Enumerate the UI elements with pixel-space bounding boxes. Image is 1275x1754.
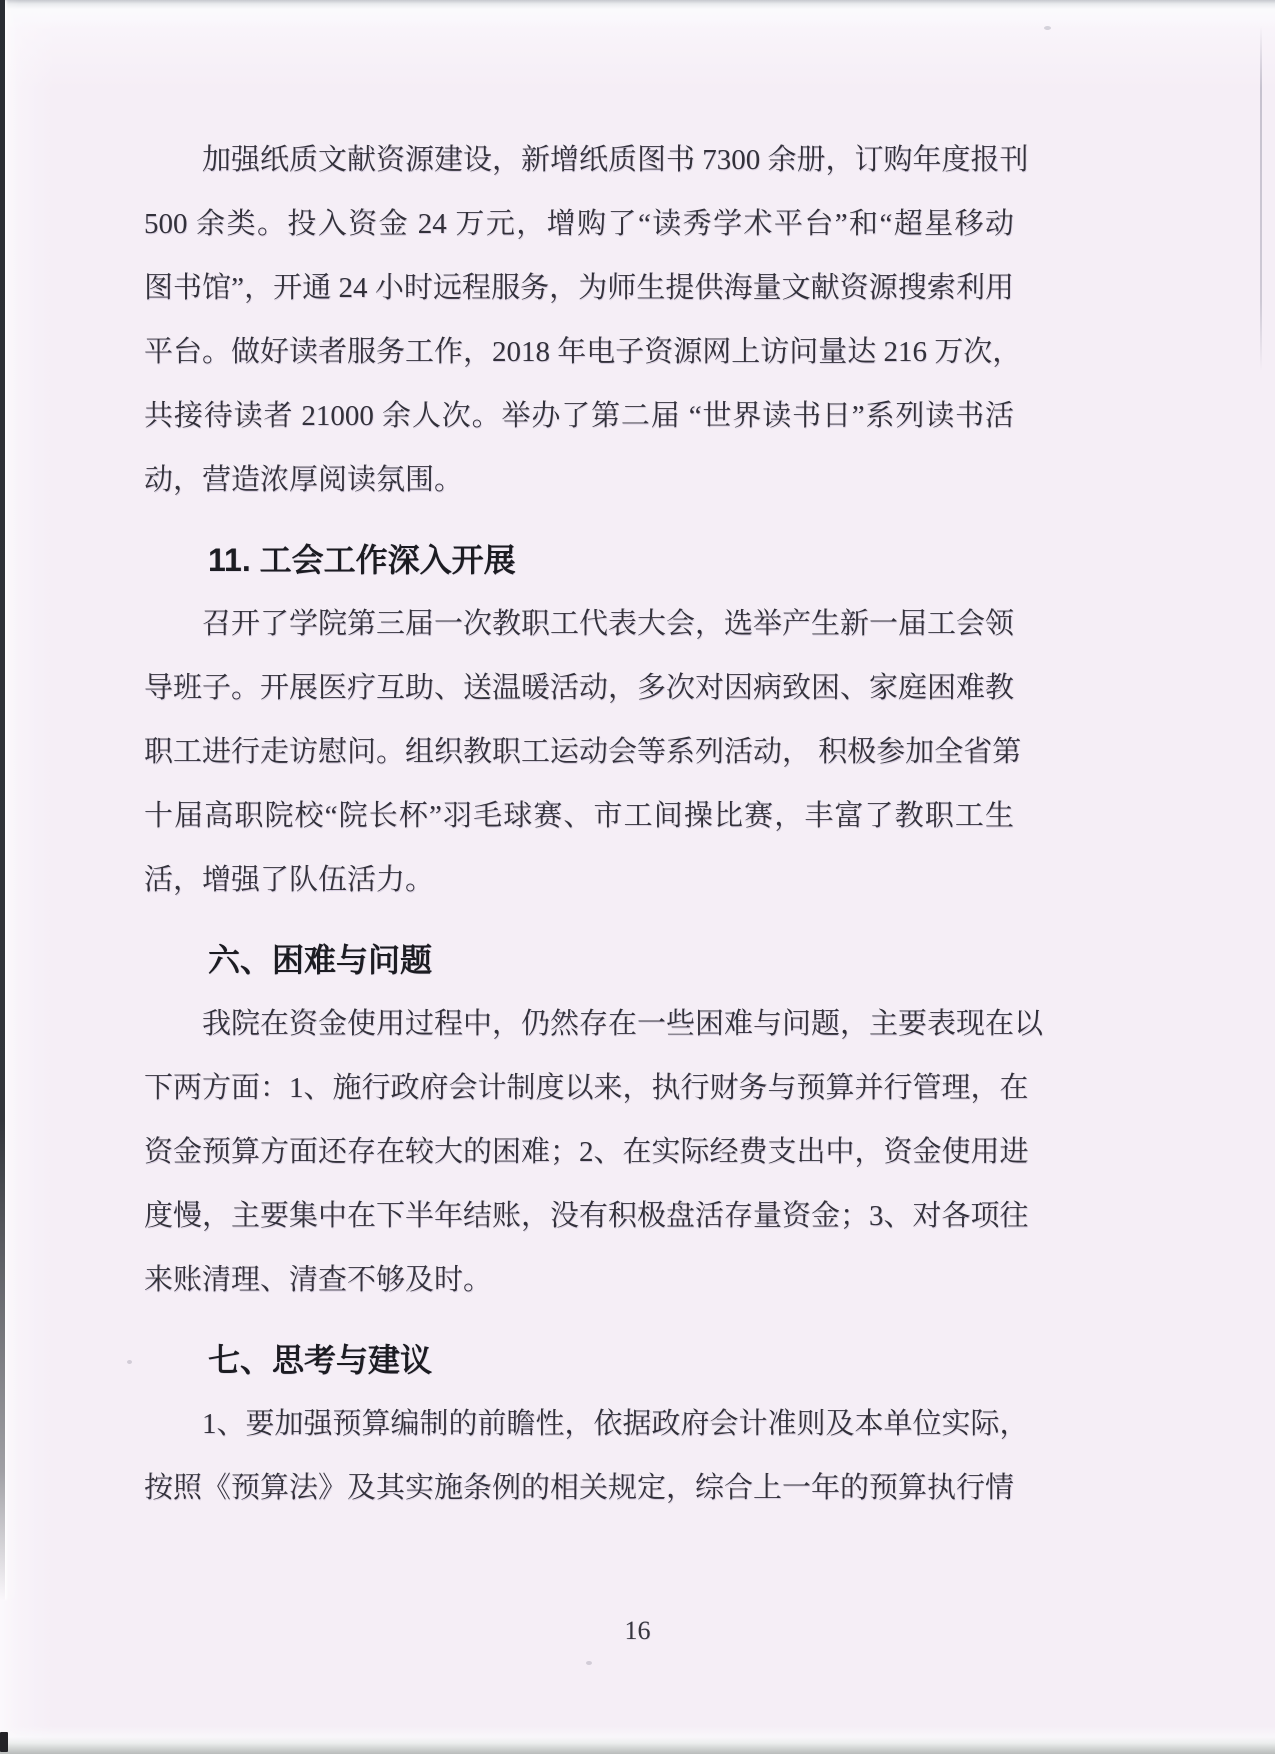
scanned-page: 加强纸质文献资源建设，新增纸质图书 7300 余册，订购年度报刊500 余类。投… xyxy=(0,0,1275,1754)
scan-speck xyxy=(586,1661,592,1665)
paragraph: 1、要加强预算编制的前瞻性，依据政府会计准则及本单位实际，按照《预算法》及其实施… xyxy=(144,1392,1014,1520)
text-line: 导班子。开展医疗互助、送温暖活动，多次对因病致困、家庭困难教 xyxy=(144,656,1014,720)
text-line: 资金预算方面还存在较大的困难；2、在实际经费支出中，资金使用进 xyxy=(144,1120,1014,1184)
text-line: 度慢，主要集中在下半年结账，没有积极盘活存量资金；3、对各项往 xyxy=(144,1184,1014,1248)
text-line: 共接待读者 21000 余人次。举办了第二届 “世界读书日”系列读书活 xyxy=(144,384,1014,448)
text-line: 职工进行走访慰问。组织教职工运动会等系列活动， 积极参加全省第 xyxy=(144,720,1014,784)
paragraph: 加强纸质文献资源建设，新增纸质图书 7300 余册，订购年度报刊500 余类。投… xyxy=(144,128,1014,512)
text-line: 1、要加强预算编制的前瞻性，依据政府会计准则及本单位实际， xyxy=(144,1392,1014,1456)
scan-corner-mark xyxy=(0,1732,8,1752)
scan-edge-top xyxy=(0,0,1275,28)
section-heading: 11. 工会工作深入开展 xyxy=(144,528,1014,592)
text-line: 来账清理、清查不够及时。 xyxy=(144,1248,1014,1312)
paragraph: 我院在资金使用过程中，仍然存在一些困难与问题，主要表现在以下两方面：1、施行政府… xyxy=(144,992,1014,1312)
scan-speck xyxy=(1044,26,1051,30)
scan-speck xyxy=(127,1360,132,1364)
text-line: 我院在资金使用过程中，仍然存在一些困难与问题，主要表现在以 xyxy=(144,992,1014,1056)
text-line: 加强纸质文献资源建设，新增纸质图书 7300 余册，订购年度报刊 xyxy=(144,128,1014,192)
text-line: 召开了学院第三届一次教职工代表大会，选举产生新一届工会领 xyxy=(144,592,1014,656)
scan-edge-bottom xyxy=(0,1726,1275,1754)
text-line: 动，营造浓厚阅读氛围。 xyxy=(144,448,1014,512)
text-line: 活，增强了队伍活力。 xyxy=(144,848,1014,912)
section-heading: 七、思考与建议 xyxy=(144,1328,1014,1392)
text-line: 十届高职院校“院长杯”羽毛球赛、市工间操比赛，丰富了教职工生 xyxy=(144,784,1014,848)
paragraph: 召开了学院第三届一次教职工代表大会，选举产生新一届工会领导班子。开展医疗互助、送… xyxy=(144,592,1014,912)
text-line: 平台。做好读者服务工作，2018 年电子资源网上访问量达 216 万次， xyxy=(144,320,1014,384)
text-line: 500 余类。投入资金 24 万元，增购了“读秀学术平台”和“超星移动 xyxy=(144,192,1014,256)
page-number: 16 xyxy=(0,1616,1275,1646)
text-line: 下两方面：1、施行政府会计制度以来，执行财务与预算并行管理，在 xyxy=(144,1056,1014,1120)
text-line: 按照《预算法》及其实施条例的相关规定，综合上一年的预算执行情 xyxy=(144,1456,1014,1520)
section-heading: 六、困难与问题 xyxy=(144,928,1014,992)
scan-spine-strip xyxy=(0,0,5,1600)
document-content: 加强纸质文献资源建设，新增纸质图书 7300 余册，订购年度报刊500 余类。投… xyxy=(144,128,1014,1520)
text-line: 图书馆”，开通 24 小时远程服务，为师生提供海量文献资源搜索利用 xyxy=(144,256,1014,320)
scan-line-artifact xyxy=(1260,26,1262,371)
